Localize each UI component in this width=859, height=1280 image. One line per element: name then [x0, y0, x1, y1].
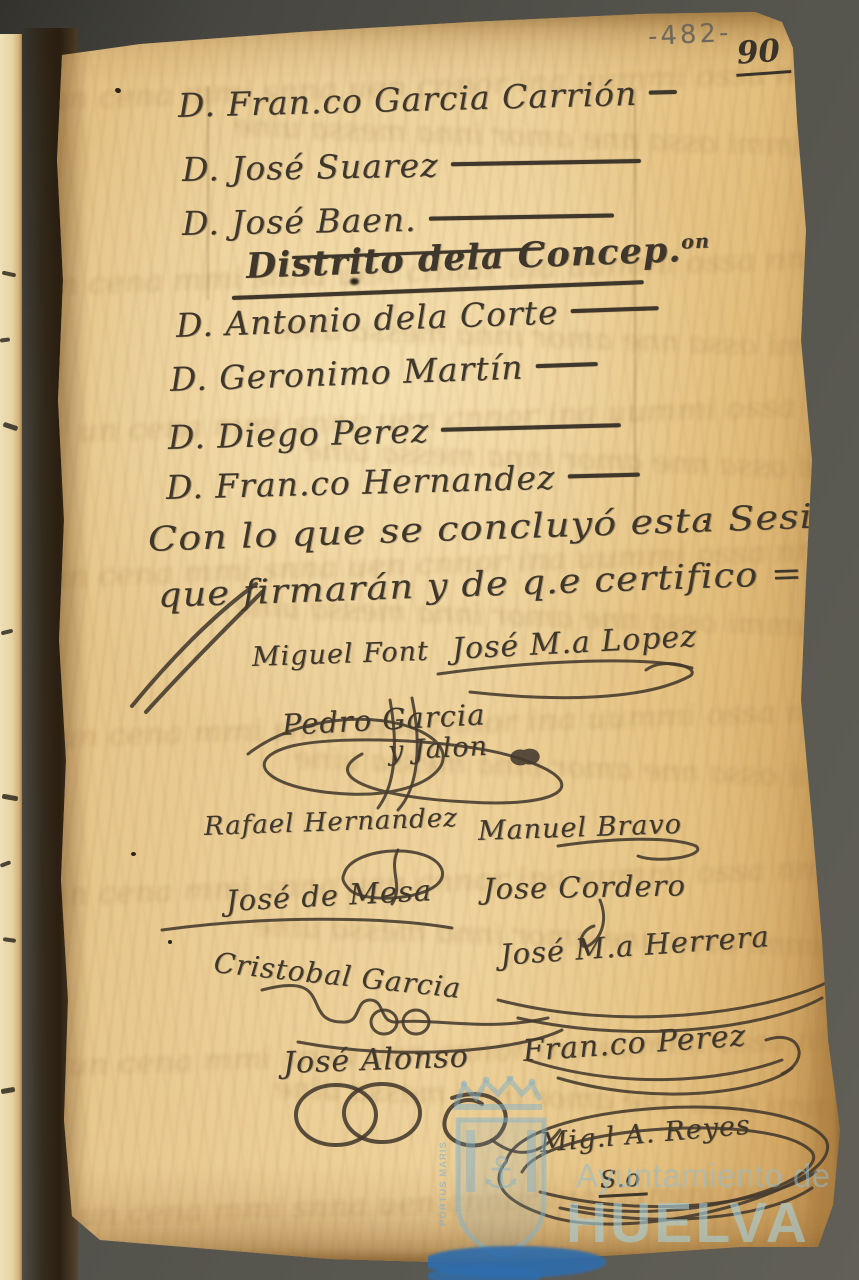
- attendee-line: D. José Suarez: [182, 142, 641, 189]
- manuscript-page: un cena mmi snna uen cnnor ina uummi oss…: [0, 0, 859, 1280]
- ink-dash: [441, 423, 621, 432]
- ink-dash: [567, 472, 639, 478]
- ink-folio-number: 90: [734, 32, 792, 77]
- ink-dash: [535, 362, 597, 368]
- ink-speck: [131, 852, 136, 856]
- signature-miguel-font: Miguel Font: [251, 636, 429, 673]
- district-heading-sup: on: [681, 230, 711, 254]
- ink-dash: [570, 306, 658, 313]
- ink-speck: [168, 940, 172, 944]
- signature-jose-alonso: José Alonso: [282, 1040, 469, 1081]
- attendee-name: D. José Baen.: [182, 200, 417, 243]
- archive-photo: un cena mmi snna uen cnnor ina uummi oss…: [0, 0, 859, 1280]
- secretary-abbreviation: S.o: [597, 1163, 647, 1198]
- attendee-name: D. José Suarez: [182, 146, 439, 189]
- pencil-folio-number: -482-: [647, 18, 732, 52]
- page-edge-shading: [0, 1250, 859, 1270]
- page-edge-shading: [817, 0, 847, 1280]
- signature-jose-cordero: Jose Cordero: [483, 868, 686, 906]
- ink-dash: [428, 213, 613, 220]
- ink-dash: [649, 89, 677, 94]
- signature-pedro-garcia-jalon: y Jalon: [387, 731, 489, 767]
- attendee-name: D. Diego Perez: [167, 411, 429, 457]
- ink-dash: [450, 158, 640, 165]
